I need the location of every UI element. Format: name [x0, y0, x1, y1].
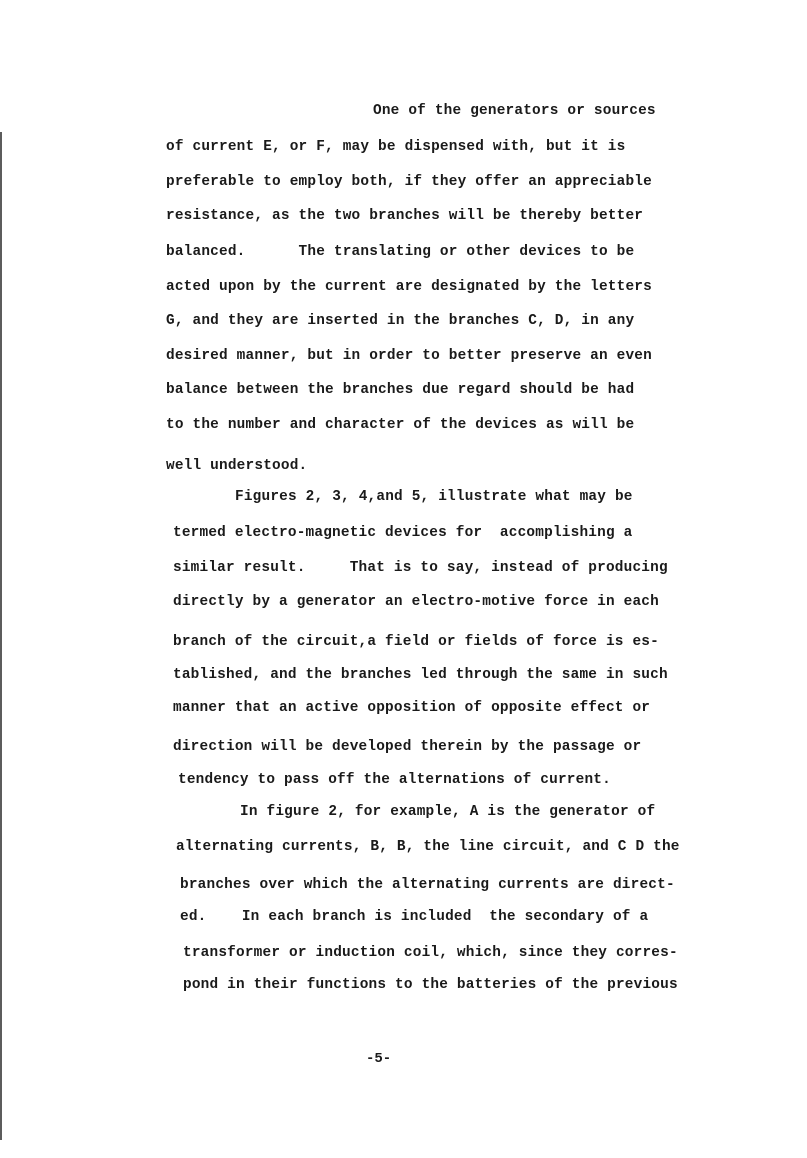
text-line: Figures 2, 3, 4,and 5, illustrate what m… [235, 488, 633, 506]
text-line: direction will be developed therein by t… [173, 738, 641, 756]
text-line: branch of the circuit,a field or fields … [173, 633, 659, 651]
document-page: One of the generators or sourcesof curre… [0, 0, 807, 1158]
text-line: alternating currents, B, B, the line cir… [176, 838, 680, 856]
text-line: of current E, or F, may be dispensed wit… [166, 138, 625, 156]
text-line: ed. In each branch is included the secon… [180, 908, 648, 926]
text-line: desired manner, but in order to better p… [166, 347, 652, 365]
text-line: balanced. The translating or other devic… [166, 243, 634, 261]
text-line: similar result. That is to say, instead … [173, 559, 668, 577]
text-line: pond in their functions to the batteries… [183, 976, 678, 994]
text-line: branches over which the alternating curr… [180, 876, 675, 894]
text-line: directly by a generator an electro-motiv… [173, 593, 659, 611]
text-line: to the number and character of the devic… [166, 416, 634, 434]
text-line: G, and they are inserted in the branches… [166, 312, 634, 330]
text-line: tablished, and the branches led through … [173, 666, 668, 684]
text-line: acted upon by the current are designated… [166, 278, 652, 296]
text-line: One of the generators or sources [373, 102, 656, 120]
scan-edge-line [0, 132, 2, 1140]
text-line: resistance, as the two branches will be … [166, 207, 643, 225]
text-line: manner that an active opposition of oppo… [173, 699, 650, 717]
text-line: preferable to employ both, if they offer… [166, 173, 652, 191]
text-line: balance between the branches due regard … [166, 381, 634, 399]
text-line: tendency to pass off the alternations of… [178, 771, 611, 789]
page-number: -5- [366, 1051, 391, 1067]
text-line: well understood. [166, 457, 307, 475]
text-line: termed electro-magnetic devices for acco… [173, 524, 632, 542]
text-line: In figure 2, for example, A is the gener… [240, 803, 655, 821]
text-line: transformer or induction coil, which, si… [183, 944, 678, 962]
